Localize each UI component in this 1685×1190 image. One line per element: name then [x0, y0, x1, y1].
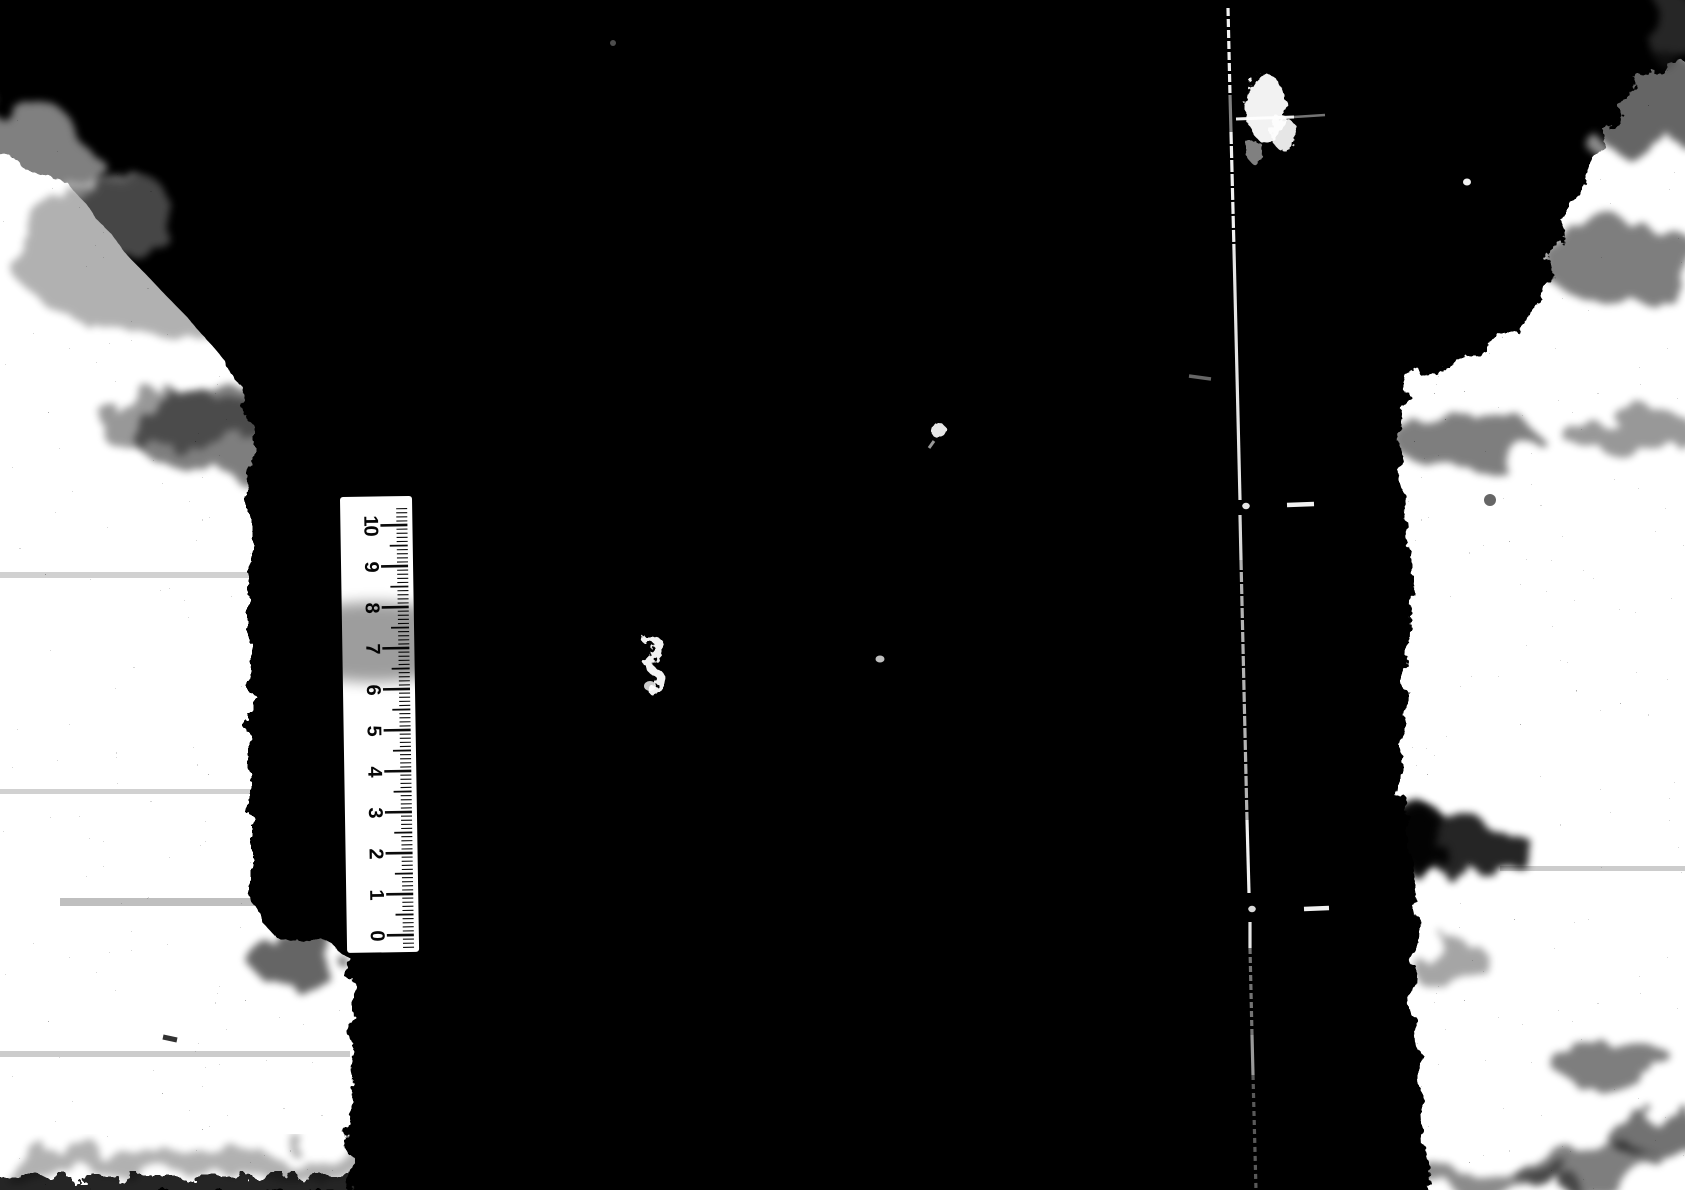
ruler: 109876543210	[340, 496, 419, 953]
faint-dot	[610, 40, 616, 46]
photo-svg: 109876543210	[0, 0, 1685, 1190]
ruler-shadow-smudge	[274, 602, 474, 682]
ruler-number: 2	[364, 848, 386, 859]
ruler-number: 3	[364, 807, 386, 818]
ruler-number: 0	[366, 930, 388, 941]
halftone-clouds	[0, 0, 1685, 1190]
ruler-number: 9	[360, 561, 382, 572]
small-dot	[876, 656, 885, 663]
ruler-number: 5	[363, 725, 385, 736]
white-fleck	[931, 424, 947, 438]
small-dot	[1463, 179, 1471, 186]
ruler-number: 10	[359, 515, 381, 536]
ruler-number: 6	[362, 684, 384, 695]
photo-canvas: 109876543210	[0, 0, 1685, 1190]
film-grain	[0, 0, 1685, 1190]
ruler-number: 1	[365, 889, 387, 900]
